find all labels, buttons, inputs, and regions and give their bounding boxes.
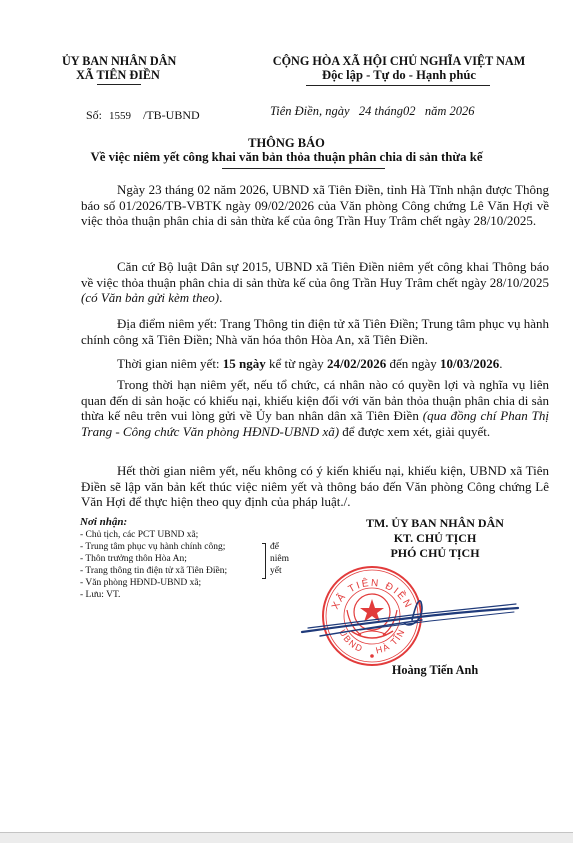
national-title: CỘNG HÒA XÃ HỘI CHỦ NGHĨA VIỆT NAM xyxy=(232,54,566,68)
signer-block: TM. ỦY BAN NHÂN DÂN KT. CHỦ TỊCH PHÓ CHỦ… xyxy=(340,516,530,561)
paragraph-legal-basis: Căn cứ Bộ luật Dân sự 2015, UBND xã Tiên… xyxy=(81,259,549,306)
recipients-title: Nơi nhận: xyxy=(80,516,227,529)
subtitle-underline xyxy=(222,168,385,169)
signer-name: Hoàng Tiến Anh xyxy=(340,663,530,678)
number-label: Số: xyxy=(86,108,102,122)
number-value: 1559 xyxy=(109,110,131,122)
recipient-item: - Trung tâm phục vụ hành chính công; xyxy=(80,541,227,553)
bracket-mark xyxy=(262,543,266,579)
signer-line-3: PHÓ CHỦ TỊCH xyxy=(340,546,530,561)
recipient-item: - Lưu: VT. xyxy=(80,589,227,601)
document-date: Tiên Điền, ngày 24 tháng02 năm 2026 xyxy=(270,104,475,119)
recipient-item: - Chủ tịch, các PCT UBND xã; xyxy=(80,529,227,541)
motto-underline xyxy=(306,85,490,86)
paragraph-conclusion: Hết thời gian niêm yết, nếu không có ý k… xyxy=(81,463,549,510)
bracket-label: để niêm yết xyxy=(270,541,289,577)
number-suffix: /TB-UBND xyxy=(143,108,200,122)
recipients-list: Nơi nhận: - Chủ tịch, các PCT UBND xã; -… xyxy=(80,516,227,601)
paragraph-complaints: Trong thời hạn niêm yết, nếu tổ chức, cá… xyxy=(81,377,549,439)
recipient-group-posting: - Trung tâm phục vụ hành chính công; - T… xyxy=(80,541,227,577)
document-page: ỦY BAN NHÂN DÂN XÃ TIÊN ĐIỀN CỘNG HÒA XÃ… xyxy=(0,0,573,833)
issuing-agency: ỦY BAN NHÂN DÂN xyxy=(62,54,174,68)
document-title: THÔNG BÁO xyxy=(0,136,573,151)
document-number: Số: 1559 /TB-UBND xyxy=(86,108,200,123)
signer-line-2: KT. CHỦ TỊCH xyxy=(340,531,530,546)
recipient-item: - Trang thông tin điện tử xã Tiên Điền; xyxy=(80,565,227,577)
recipient-item: - Thôn trưởng thôn Hòa An; xyxy=(80,553,227,565)
paragraph-received: Ngày 23 tháng 02 năm 2026, UBND xã Tiên … xyxy=(81,182,549,229)
recipient-item: - Văn phòng HĐND-UBND xã; xyxy=(80,577,227,589)
paragraph-posting-location: Địa điểm niêm yết: Trang Thông tin điện … xyxy=(81,316,549,347)
agency-underline xyxy=(97,84,141,85)
paragraph-posting-period: Thời gian niêm yết: 15 ngày kể từ ngày 2… xyxy=(81,356,549,372)
signer-line-1: TM. ỦY BAN NHÂN DÂN xyxy=(340,516,530,531)
issuing-commune: XÃ TIÊN ĐIỀN xyxy=(62,68,174,82)
signature-icon xyxy=(300,590,520,640)
document-subtitle: Về việc niêm yết công khai văn bản thỏa … xyxy=(0,150,573,165)
national-motto: Độc lập - Tự do - Hạnh phúc xyxy=(232,68,566,82)
